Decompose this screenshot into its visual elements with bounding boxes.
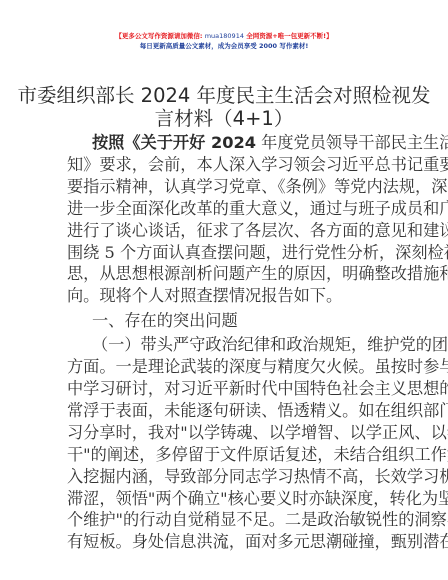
document-page: 【更多公文写作资源请加微信: mua180914 全网资源+唯一包更新不断!】 … <box>0 0 448 580</box>
subsection-line: 中学习研讨，对习近平新时代中国特色社会主义思想的学习却 <box>67 378 383 400</box>
section-heading: 一、存在的突出问题 <box>67 310 383 332</box>
promo-banner-suffix: 全网资源+唯一包更新不断!】 <box>246 32 332 40</box>
promo-banner-line2: 每日更新高质量公文素材，成为会员享受 2000 写作素材! <box>0 41 448 50</box>
subsection-line: 入挖掘内涵，导致部分同志学习热情不高，长效学习机制运转 <box>67 466 383 488</box>
subsection-line: 常浮于表面，未能逐句研读、悟透精义。如在组织部门内部学 <box>67 400 383 422</box>
intro-line: 进行了谈心谈话，征求了各层次、各方面的意见和建议，重点 <box>67 220 383 242</box>
subsection-paragraph: （一）带头严守政治纪律和政治规矩，维护党的团结统一 方面。一是理论武装的深度与精… <box>67 334 383 553</box>
intro-line: 知》要求，会前，本人深入学习领会习近平总书记重要讲话重 <box>67 154 383 176</box>
subsection-line: 滞涩，领悟"两个确立"核心要义时亦缺深度，转化为坚定"两 <box>67 488 383 510</box>
document-body: 按照《关于开好 2024 年度党员领导干部民主生活会的通 知》要求，会前，本人深… <box>67 132 383 553</box>
wechat-id: mua180914 <box>205 32 244 40</box>
document-title-line2: 言材料（4+1） <box>0 107 448 130</box>
subsection-line: （一）带头严守政治纪律和政治规矩，维护党的团结统一 <box>67 334 383 356</box>
intro-line: 围绕 5 个方面认真查摆问题，进行党性分析，深刻检视反 <box>67 242 383 264</box>
subsection-line: 方面。一是理论武装的深度与精度欠火候。虽按时参与各类集 <box>67 356 383 378</box>
intro-line: 思，从思想根源剖析问题产生的原因，明确整改措施和努力方 <box>67 263 383 285</box>
subsection-line: 干"的阐述，多停留于文件原话复述，未结合组织工作实际深 <box>67 444 383 466</box>
intro-line: 向。现将个人对照查摆情况报告如下。 <box>67 285 383 307</box>
intro-lead-bold: 按照《关于开好 2024 <box>92 133 256 152</box>
page-number: 1 <box>0 543 448 551</box>
intro-line: 进一步全面深化改革的重大意义，通过与班子成员和广大干部 <box>67 198 383 220</box>
intro-line-0: 按照《关于开好 2024 年度党员领导干部民主生活会的通 <box>67 132 383 154</box>
subsection-line: 习分享时，我对"以学铸魂、以学增智、以学正风、以学促 <box>67 422 383 444</box>
intro-paragraph: 按照《关于开好 2024 年度党员领导干部民主生活会的通 知》要求，会前，本人深… <box>67 132 383 307</box>
intro-line: 要指示精神，认真学习党章、《条例》等党内法规，深刻领会 <box>67 176 383 198</box>
document-title-line1: 市委组织部长 2024 年度民主生活会对照检视发 <box>0 84 448 107</box>
promo-banner-line1: 【更多公文写作资源请加微信: mua180914 全网资源+唯一包更新不断!】 <box>0 31 448 40</box>
promo-banner-prefix: 【更多公文写作资源请加微信: <box>115 32 202 40</box>
subsection-line: 个维护"的行动自觉稍显不足。二是政治敏锐性的洞察与警醒 <box>67 509 383 531</box>
